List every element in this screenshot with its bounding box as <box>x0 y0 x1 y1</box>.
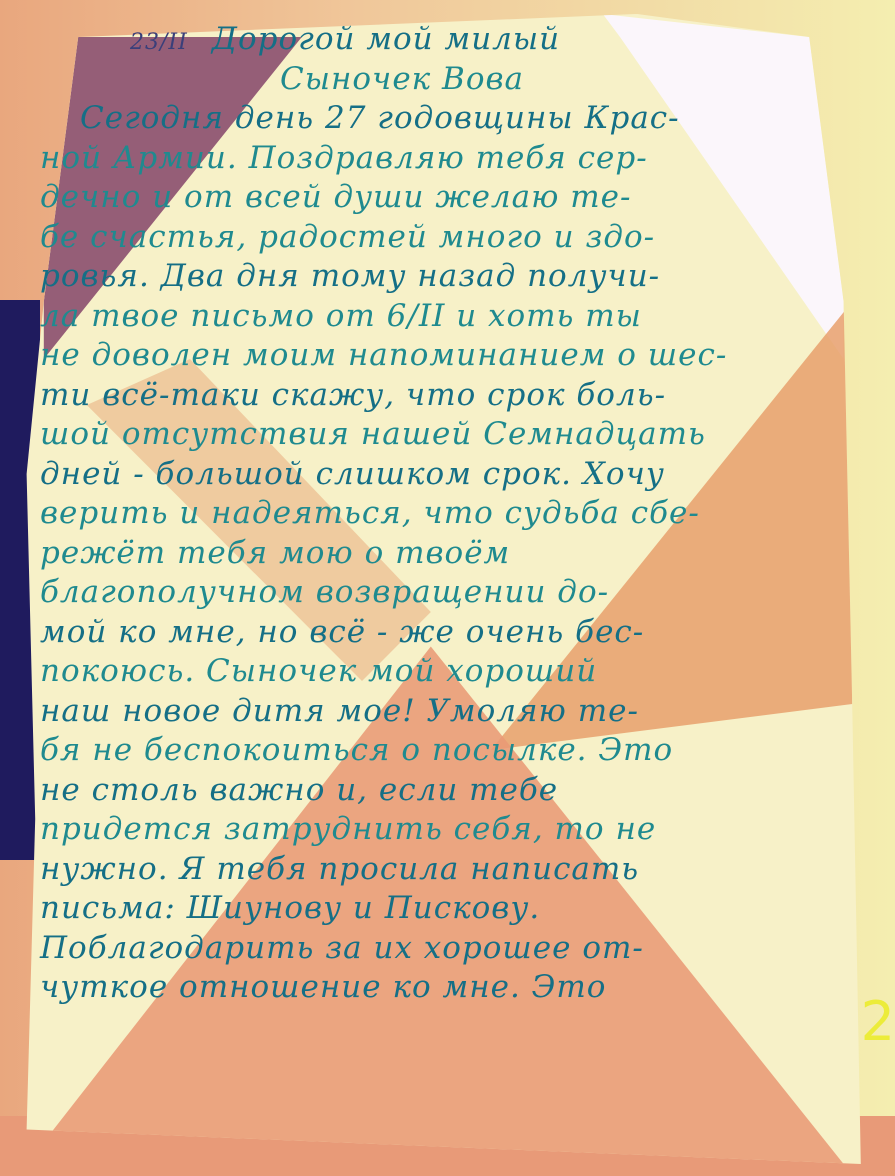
letter-line: благополучном возвращении до- <box>40 573 870 613</box>
letter-line: нужно. Я тебя просила написать <box>40 850 870 890</box>
letter-line: письма: Шиунову и Пискову. <box>40 889 870 929</box>
letter-line: Сегодня день 27 годовщины Крас- <box>40 99 870 139</box>
letter-line: дечно и от всей души желаю те- <box>40 178 870 218</box>
letter-line: режёт тебя мою о твоём <box>40 534 870 574</box>
letter-line: мой ко мне, но всё - же очень бес- <box>40 613 870 653</box>
letter-line: не столь важно и, если тебе <box>40 771 870 811</box>
letter-line: бе счастья, радостей много и здо- <box>40 218 870 258</box>
letter-line: Поблагодарить за их хорошее от- <box>40 929 870 969</box>
letter-line: верить и надеяться, что судьба сбе- <box>40 494 870 534</box>
letter-line: ла твое письмо от 6/II и хоть ты <box>40 297 870 337</box>
letter-text: 23/IIДорогой мой милый Сыночек Вова Сего… <box>40 20 870 1008</box>
date-mark: 23/II <box>130 30 188 55</box>
letter-line: наш новое дитя мое! Умоляю те- <box>40 692 870 732</box>
letter-line: покоюсь. Сыночек мой хороший <box>40 652 870 692</box>
letter-line: бя не беспокоиться о посылке. Это <box>40 731 870 771</box>
letter-line: чуткое отношение ко мне. Это <box>40 968 870 1008</box>
letter-line: придется затруднить себя, то не <box>40 810 870 850</box>
letter-line: дней - большой слишком срок. Хочу <box>40 455 870 495</box>
letter-line: шой отсутствия нашей Семнадцать <box>40 415 870 455</box>
letter-line: ровья. Два дня тому назад получи- <box>40 257 870 297</box>
letter-line: ти всё-таки скажу, что срок боль- <box>40 376 870 416</box>
page-number-mark: 2 <box>861 990 895 1053</box>
letter-line: ной Армии. Поздравляю тебя сер- <box>40 139 870 179</box>
letter-salutation-line-2: Сыночек Вова <box>40 60 870 100</box>
letter-salutation-line-1: 23/IIДорогой мой милый <box>40 20 870 60</box>
letter-line: не доволен моим напоминанием о шес- <box>40 336 870 376</box>
